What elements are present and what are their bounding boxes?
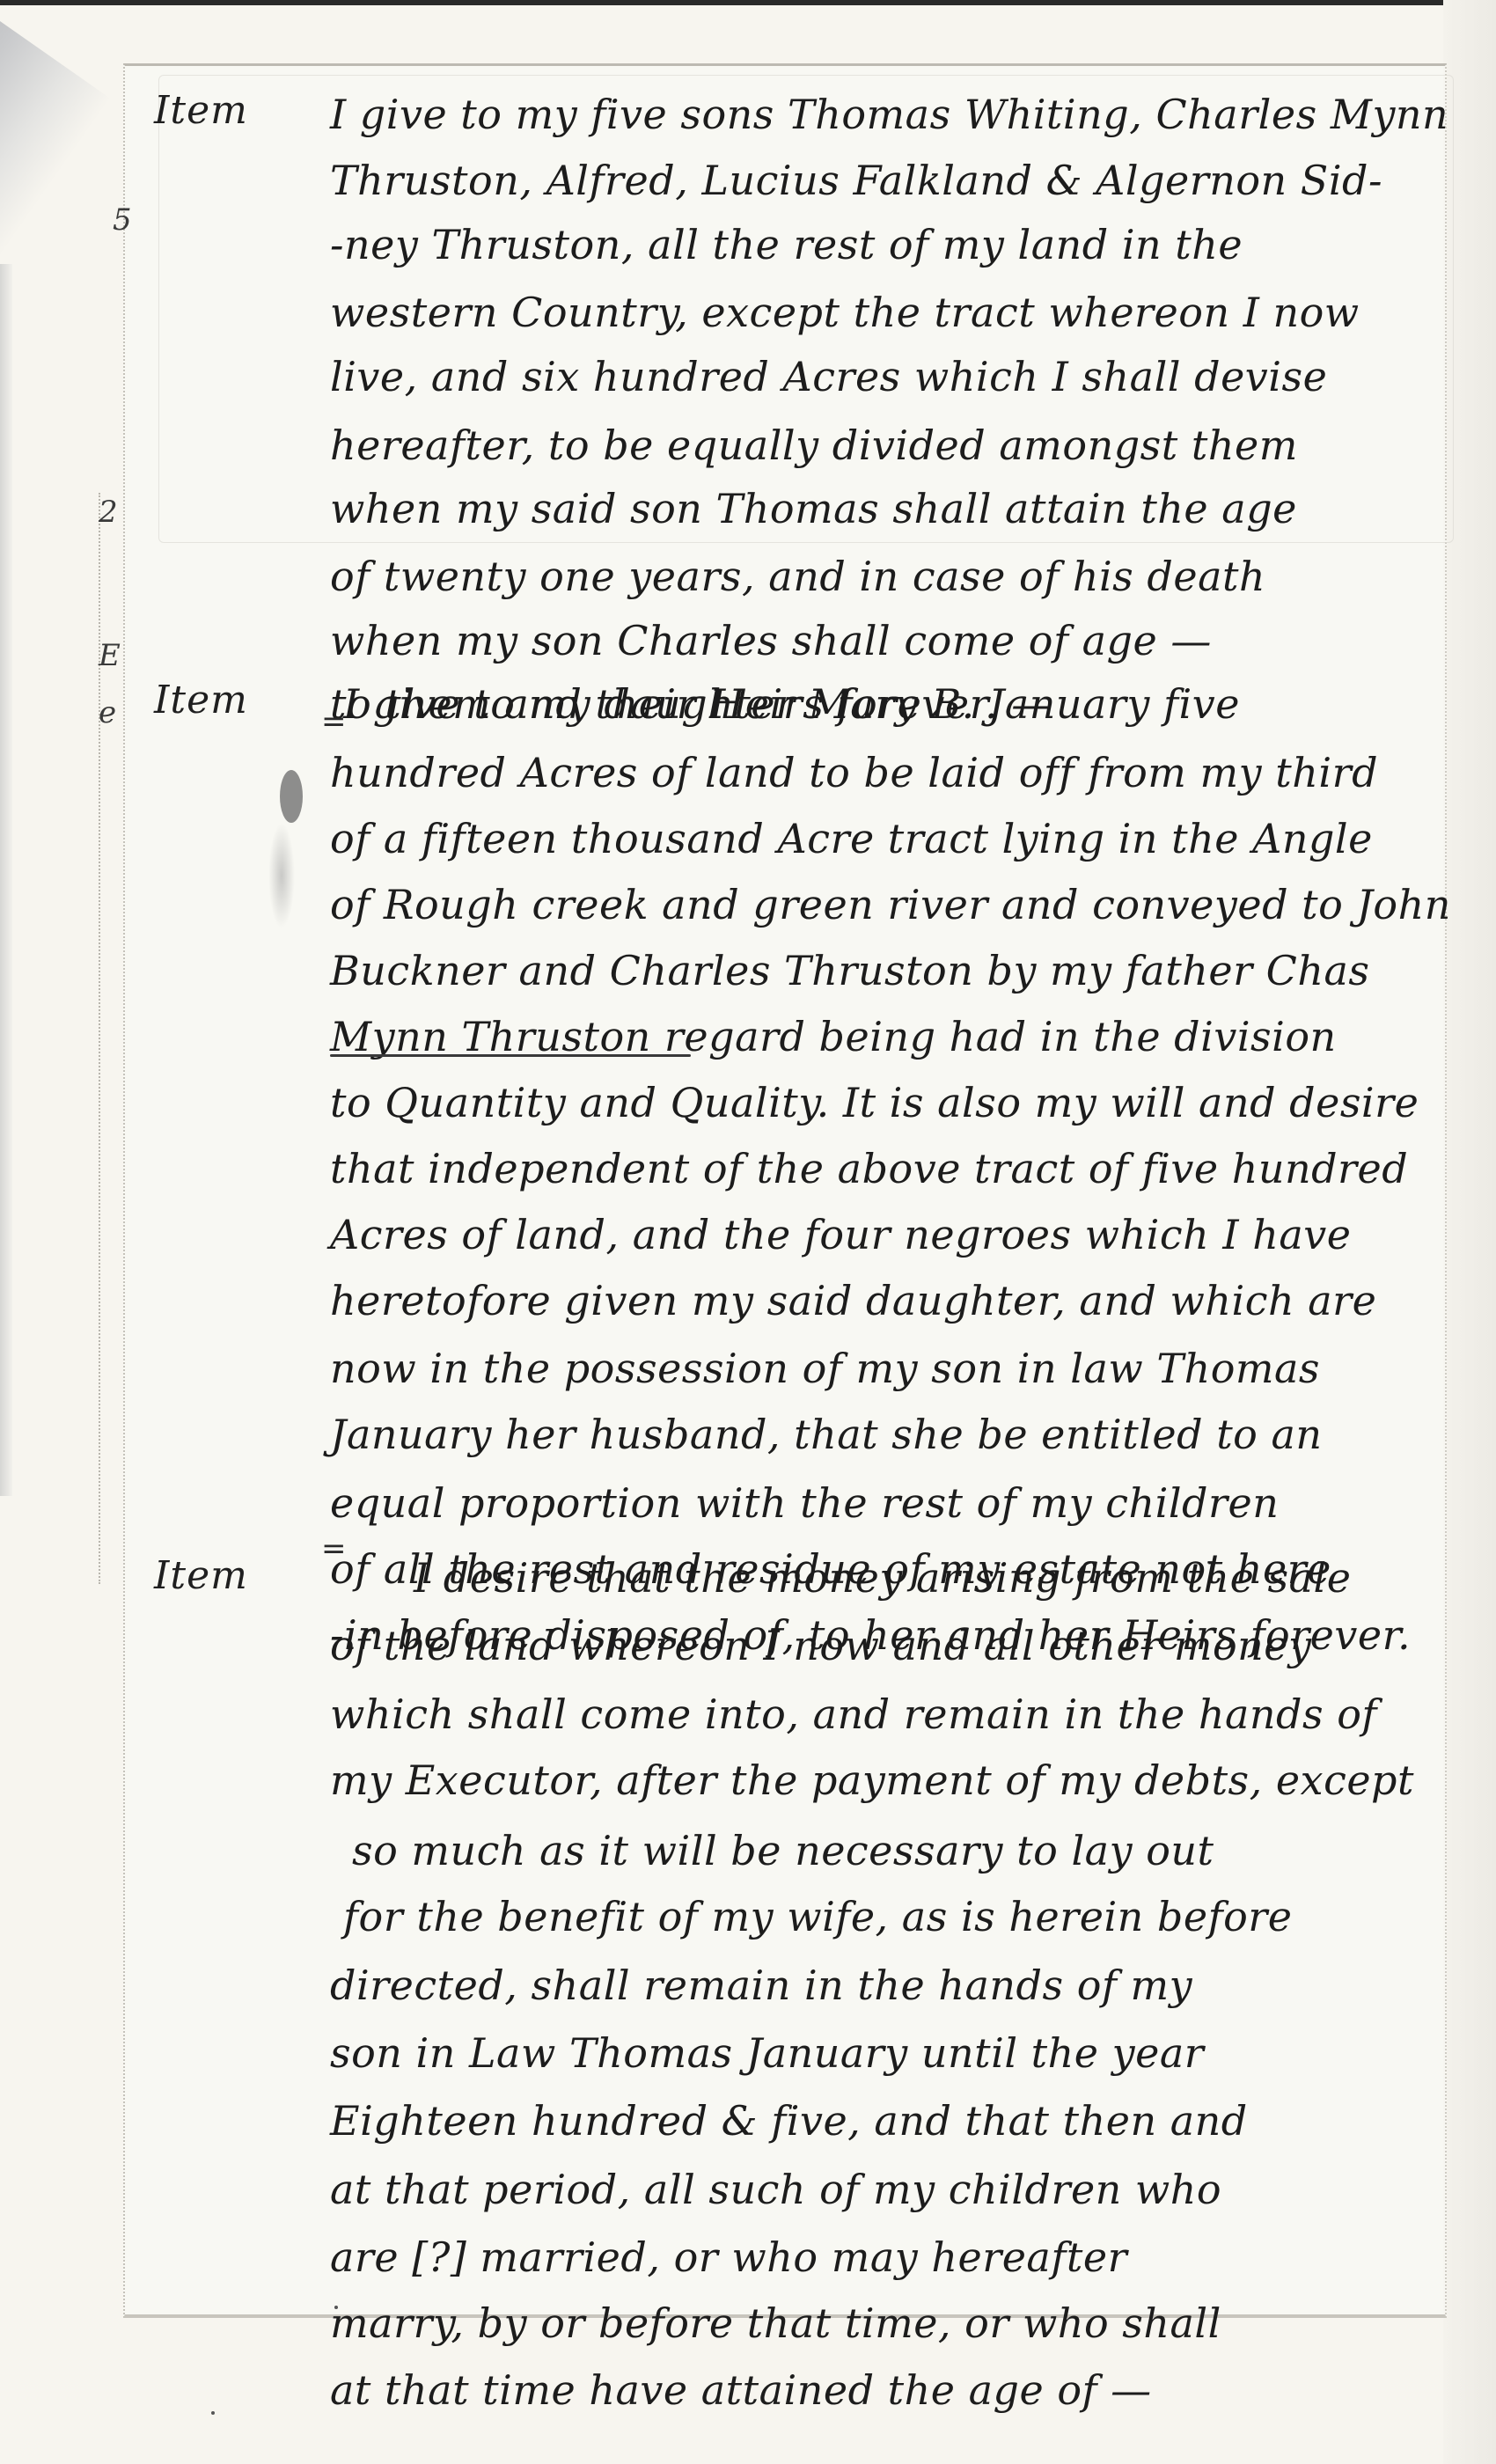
speck: [334, 2306, 338, 2309]
text-line: I give to my daughter Mary B. January fi…: [343, 679, 1478, 729]
text-line: so much as it will be necessary to lay o…: [352, 1826, 1487, 1875]
item-label: Item: [154, 678, 248, 722]
text-line: western Country, except the tract whereo…: [330, 288, 1465, 337]
text-line: at that period, all such of my children …: [330, 2165, 1465, 2214]
ink-smear: [268, 823, 295, 928]
scanner-lid-shadow: [0, 0, 111, 358]
text-line: heretofore given my said daughter, and w…: [330, 1276, 1465, 1325]
item-label: Item: [154, 1553, 248, 1598]
text-line: when my son Charles shall come of age —: [330, 616, 1465, 665]
text-line: Buckner and Charles Thruston by my fathe…: [330, 946, 1465, 995]
margin-mark: e: [99, 695, 116, 730]
text-line: hereafter, to be equally divided amongst…: [330, 421, 1465, 470]
text-line: at that time have attained the age of —: [330, 2365, 1465, 2415]
text-line: son in Law Thomas January until the year: [330, 2028, 1465, 2078]
margin-mark: 2: [99, 495, 118, 530]
text-line: directed, shall remain in the hands of m…: [330, 1961, 1465, 2010]
text-line: when my said son Thomas shall attain the…: [330, 484, 1465, 533]
text-line: of a fifteen thousand Acre tract lying i…: [330, 814, 1465, 863]
text-line: of twenty one years, and in case of his …: [330, 552, 1465, 601]
scan-left-edge: [0, 264, 12, 1496]
text-line: for the benefit of my wife, as is herein…: [343, 1892, 1478, 1941]
underline-stroke: [330, 1054, 691, 1057]
text-line: I give to my five sons Thomas Whiting, C…: [330, 90, 1465, 139]
text-line: equal proportion with the rest of my chi…: [330, 1478, 1465, 1528]
scan-top-edge: [0, 0, 1496, 5]
text-line: Thruston, Alfred, Lucius Falkland & Alge…: [330, 156, 1465, 205]
text-line: of the land whereon I now and all other …: [330, 1621, 1465, 1670]
text-line: my Executor, after the payment of my deb…: [330, 1756, 1465, 1805]
margin-mark: 5: [113, 202, 132, 238]
text-line: January her husband, that she be entitle…: [330, 1410, 1465, 1459]
text-line: Eighteen hundred & five, and that then a…: [330, 2096, 1465, 2145]
item-separator-mark: =: [321, 1531, 347, 1566]
ink-blot: [280, 770, 303, 823]
text-line: which shall come into, and remain in the…: [330, 1690, 1465, 1739]
text-line: -ney Thruston, all the rest of my land i…: [330, 220, 1465, 269]
text-line: Acres of land, and the four negroes whic…: [330, 1210, 1465, 1259]
item-label: Item: [154, 88, 248, 133]
margin-mark: E: [99, 638, 121, 673]
text-line: live, and six hundred Acres which I shal…: [330, 352, 1465, 401]
text-line: I desire that the money arising from the…: [414, 1553, 1496, 1602]
speck: [211, 2411, 215, 2415]
text-line: that independent of the above tract of f…: [330, 1144, 1465, 1193]
text-line: hundred Acres of land to be laid off fro…: [330, 748, 1465, 797]
text-line: now in the possession of my son in law T…: [330, 1344, 1465, 1393]
text-line: are [?] married, or who may hereafter: [330, 2233, 1465, 2282]
text-line: of Rough creek and green river and conve…: [330, 880, 1465, 929]
text-line: marry, by or before that time, or who sh…: [330, 2299, 1465, 2348]
text-line: to Quantity and Quality. It is also my w…: [330, 1078, 1465, 1127]
